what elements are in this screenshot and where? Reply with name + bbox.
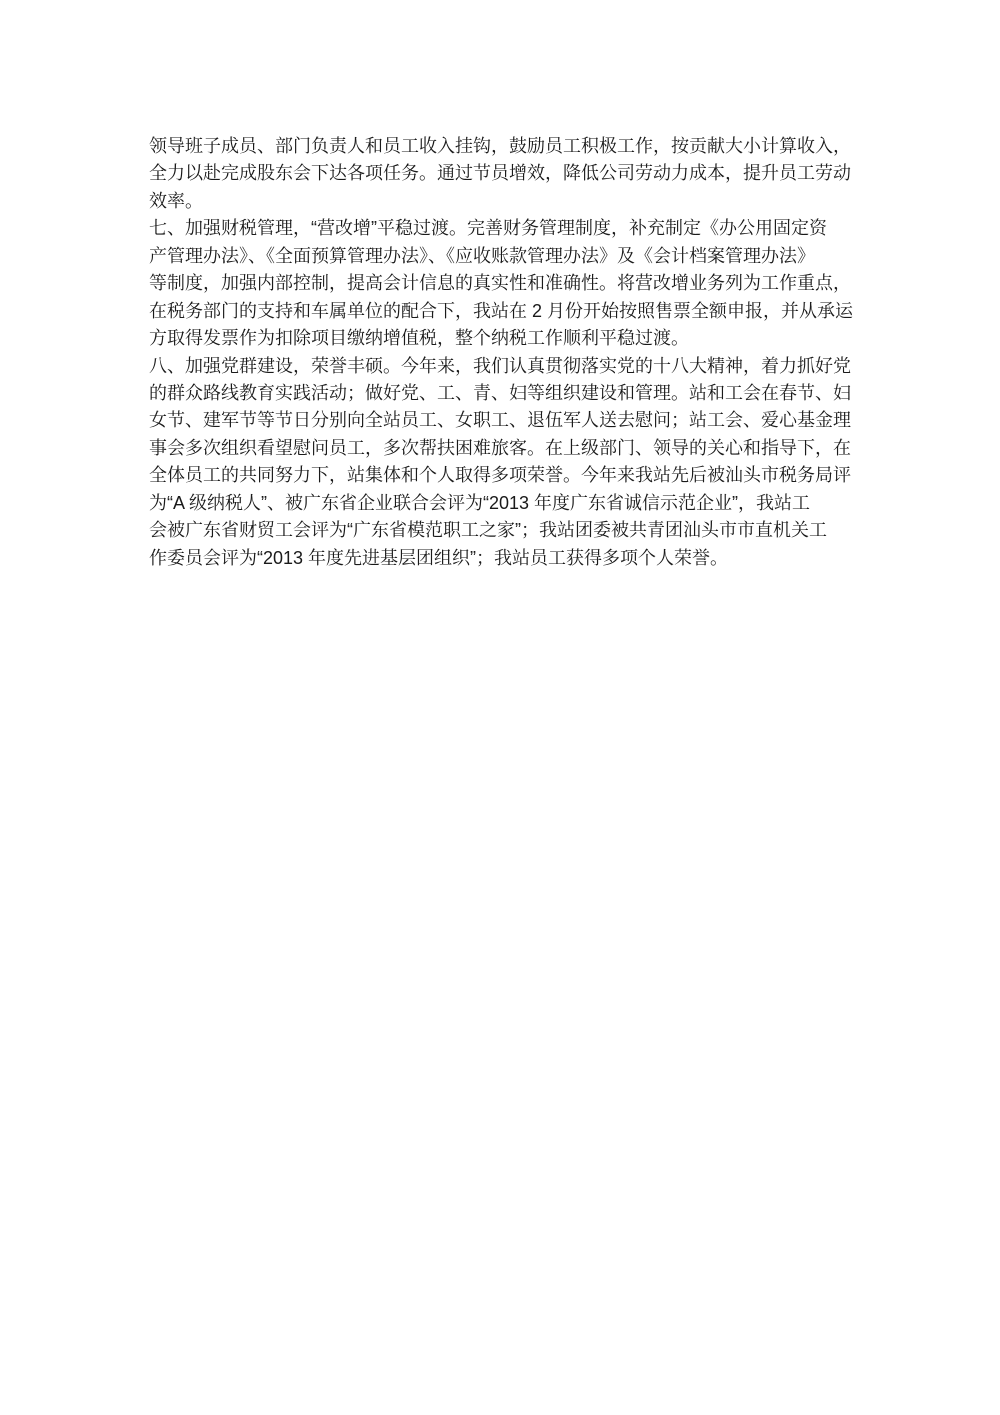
text-line: 在税务部门的支持和车属单位的配合下，我站在 2 月份开始按照售票全额申报，并从承…: [149, 298, 853, 325]
text-line: 女节、建军节等节日分别向全站员工、女职工、退伍军人送去慰问；站工会、爱心基金理: [149, 407, 853, 434]
text-line: 领导班子成员、部门负责人和员工收入挂钩，鼓励员工积极工作，按贡献大小计算收入，: [149, 133, 853, 160]
text-line: 等制度，加强内部控制，提高会计信息的真实性和准确性。将营改增业务列为工作重点，: [149, 270, 853, 297]
paragraph-section-seven: 七、加强财税管理，“营改增”平稳过渡。完善财务管理制度，补充制定《办公用固定资 …: [149, 215, 853, 352]
document-page: 领导班子成员、部门负责人和员工收入挂钩，鼓励员工积极工作，按贡献大小计算收入， …: [149, 133, 853, 572]
text-line: 方取得发票作为扣除项目缴纳增值税，整个纳税工作顺利平稳过渡。: [149, 325, 853, 352]
text-line: 产管理办法》、《全面预算管理办法》、《应收账款管理办法》及《会计档案管理办法》: [149, 243, 853, 270]
text-line: 全体员工的共同努力下，站集体和个人取得多项荣誉。今年来我站先后被汕头市税务局评: [149, 462, 853, 489]
text-line: 八、加强党群建设，荣誉丰硕。今年来，我们认真贯彻落实党的十八大精神，着力抓好党: [149, 353, 853, 380]
text-line: 七、加强财税管理，“营改增”平稳过渡。完善财务管理制度，补充制定《办公用固定资: [149, 215, 853, 242]
text-line: 为“A 级纳税人”、被广东省企业联合会评为“2013 年度广东省诚信示范企业”，…: [149, 490, 853, 517]
text-line: 会被广东省财贸工会评为“广东省模范职工之家”；我站团委被共青团汕头市市直机关工: [149, 517, 853, 544]
text-line: 事会多次组织看望慰问员工，多次帮扶困难旅客。在上级部门、领导的关心和指导下，在: [149, 435, 853, 462]
paragraph-performance: 领导班子成员、部门负责人和员工收入挂钩，鼓励员工积极工作，按贡献大小计算收入， …: [149, 133, 853, 215]
text-line: 作委员会评为“2013 年度先进基层团组织”；我站员工获得多项个人荣誉。: [149, 545, 853, 572]
text-line: 的群众路线教育实践活动；做好党、工、青、妇等组织建设和管理。站和工会在春节、妇: [149, 380, 853, 407]
text-line: 效率。: [149, 188, 853, 215]
paragraph-section-eight: 八、加强党群建设，荣誉丰硕。今年来，我们认真贯彻落实党的十八大精神，着力抓好党 …: [149, 353, 853, 573]
text-line: 全力以赴完成股东会下达各项任务。通过节员增效，降低公司劳动力成本，提升员工劳动: [149, 160, 853, 187]
